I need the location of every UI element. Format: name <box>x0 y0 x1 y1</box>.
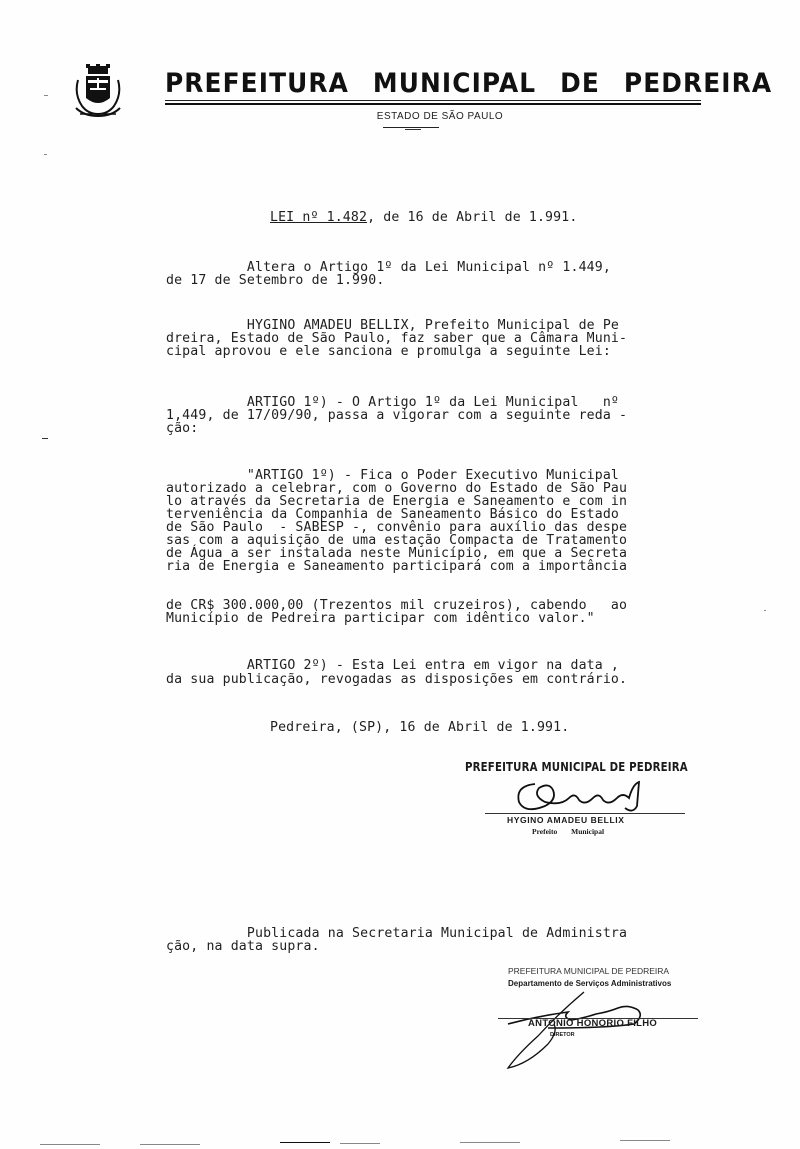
article2-line: ARTIGO 2º) - Esta Lei entra em vigor na … <box>166 660 619 673</box>
mayor-signature-block: PREFEITURA MUNICIPAL DE PEDREIRA HYGINO … <box>465 760 695 774</box>
letterhead-rule <box>165 103 701 105</box>
letterhead-rule <box>165 100 701 101</box>
director-stamp: PREFEITURA MUNICIPAL DE PEDREIRA <box>508 966 718 976</box>
scan-speck <box>620 1140 670 1141</box>
law-summary-line: de 17 de Setembro de 1.990. <box>166 275 384 288</box>
place-date: Pedreira, (SP), 16 de Abril de 1.991. <box>270 722 569 735</box>
scan-speck <box>44 95 48 96</box>
handwritten-signature-icon <box>488 984 688 1074</box>
signature-line <box>485 813 685 814</box>
scan-speck <box>44 154 47 155</box>
scan-speck <box>140 1144 200 1145</box>
director-name: ANTONIO HONORIO FILHO <box>528 1018 657 1029</box>
handwritten-signature-icon <box>505 776 675 816</box>
article1-text-line: ria de Energia e Saneamento participará … <box>166 561 627 574</box>
law-heading: LEI nº 1.482, de 16 de Abril de 1.991. <box>270 212 577 225</box>
letterhead-state: ESTADO DE SÃO PAULO <box>320 111 560 122</box>
director-signature-block: PREFEITURA MUNICIPAL DE PEDREIRA Departa… <box>508 966 718 976</box>
scan-speck <box>764 610 766 611</box>
publication-line: ção, na data supra. <box>166 941 320 954</box>
scan-speck <box>280 1142 330 1143</box>
scan-speck <box>40 1144 100 1145</box>
state-rule <box>405 129 421 130</box>
article1-intro-line: 1,449, de 17/09/90, passa a vigorar com … <box>166 410 627 423</box>
preamble-line: cipal aprovou e ele sanciona e promulga … <box>166 346 611 359</box>
letterhead-title: PREFEITURAMUNICIPALDEPEDREIRA <box>165 68 658 99</box>
director-role: DIRETOR <box>550 1032 575 1038</box>
scan-speck <box>42 438 48 439</box>
mayor-stamp: PREFEITURA MUNICIPAL DE PEDREIRA <box>465 760 661 774</box>
article2-line: da sua publicação, revogadas as disposiç… <box>166 674 627 687</box>
article1-intro-line: ção: <box>166 423 198 436</box>
mayor-name: HYGINO AMADEU BELLIX <box>507 815 624 825</box>
state-rule <box>383 127 439 128</box>
scan-speck <box>340 1143 380 1144</box>
article1-text-line: Município de Pedreira participar com idê… <box>166 613 595 626</box>
coat-of-arms-icon <box>74 64 122 120</box>
mayor-role: Prefeito Municipal <box>532 827 604 836</box>
scan-speck <box>460 1142 520 1143</box>
